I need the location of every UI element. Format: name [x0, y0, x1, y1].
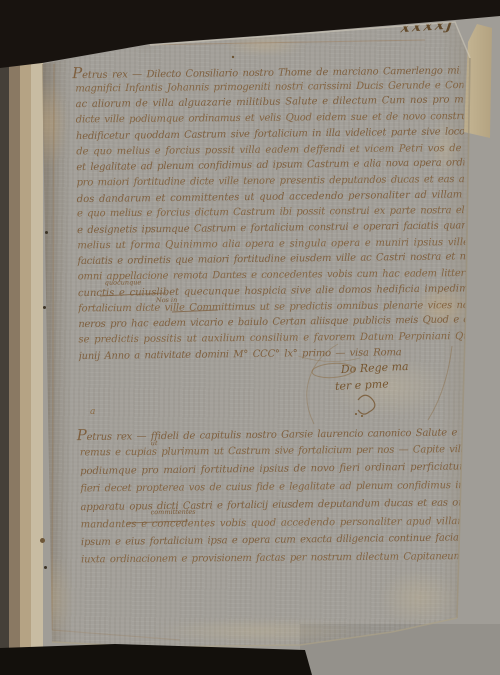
- interlinear-insertion: committentes: [151, 508, 196, 517]
- manuscript-line: fieri decet propterea vos de cuius fide …: [80, 478, 468, 496]
- manuscript-line: iuxta ordinacionem e provisionem factas …: [81, 549, 469, 567]
- book-gutter-edge-dark: [9, 48, 20, 660]
- manuscript-line: Petrus rex — ffideli de capitulis nostro…: [77, 423, 465, 443]
- manuscript-line: remus e cupias plurimum ut Castrum sive …: [80, 442, 468, 460]
- manuscript-page: xxxxj· Petrus rex — Dilecto Consiliario …: [0, 0, 500, 675]
- book-gutter-edge-light: [31, 56, 43, 652]
- sewing-hole: [44, 566, 47, 569]
- sewing-hole: [45, 231, 48, 234]
- book-spine-shadow: [0, 18, 9, 675]
- interlinear-insertion: ut: [151, 439, 158, 447]
- book-gutter-edge-tan: [20, 52, 31, 656]
- manuscript-line: apparatu opus dicti Castri e fortalicij …: [80, 495, 468, 515]
- sewing-hole: [40, 538, 45, 543]
- manuscript-line: podiumque pro maiori fortitudine ipsius …: [80, 459, 468, 479]
- sewing-hole: [43, 306, 46, 309]
- manuscript-line: ipsum e eius fortalicium ipsa e opera cu…: [81, 530, 469, 550]
- manuscript-photo: xxxxj· Petrus rex — Dilecto Consiliario …: [0, 0, 500, 675]
- manuscript-line: mandantes e concedentes vobis quod acced…: [81, 514, 469, 532]
- document-2-text: Petrus rex — ffideli de capitulis nostro…: [0, 0, 500, 675]
